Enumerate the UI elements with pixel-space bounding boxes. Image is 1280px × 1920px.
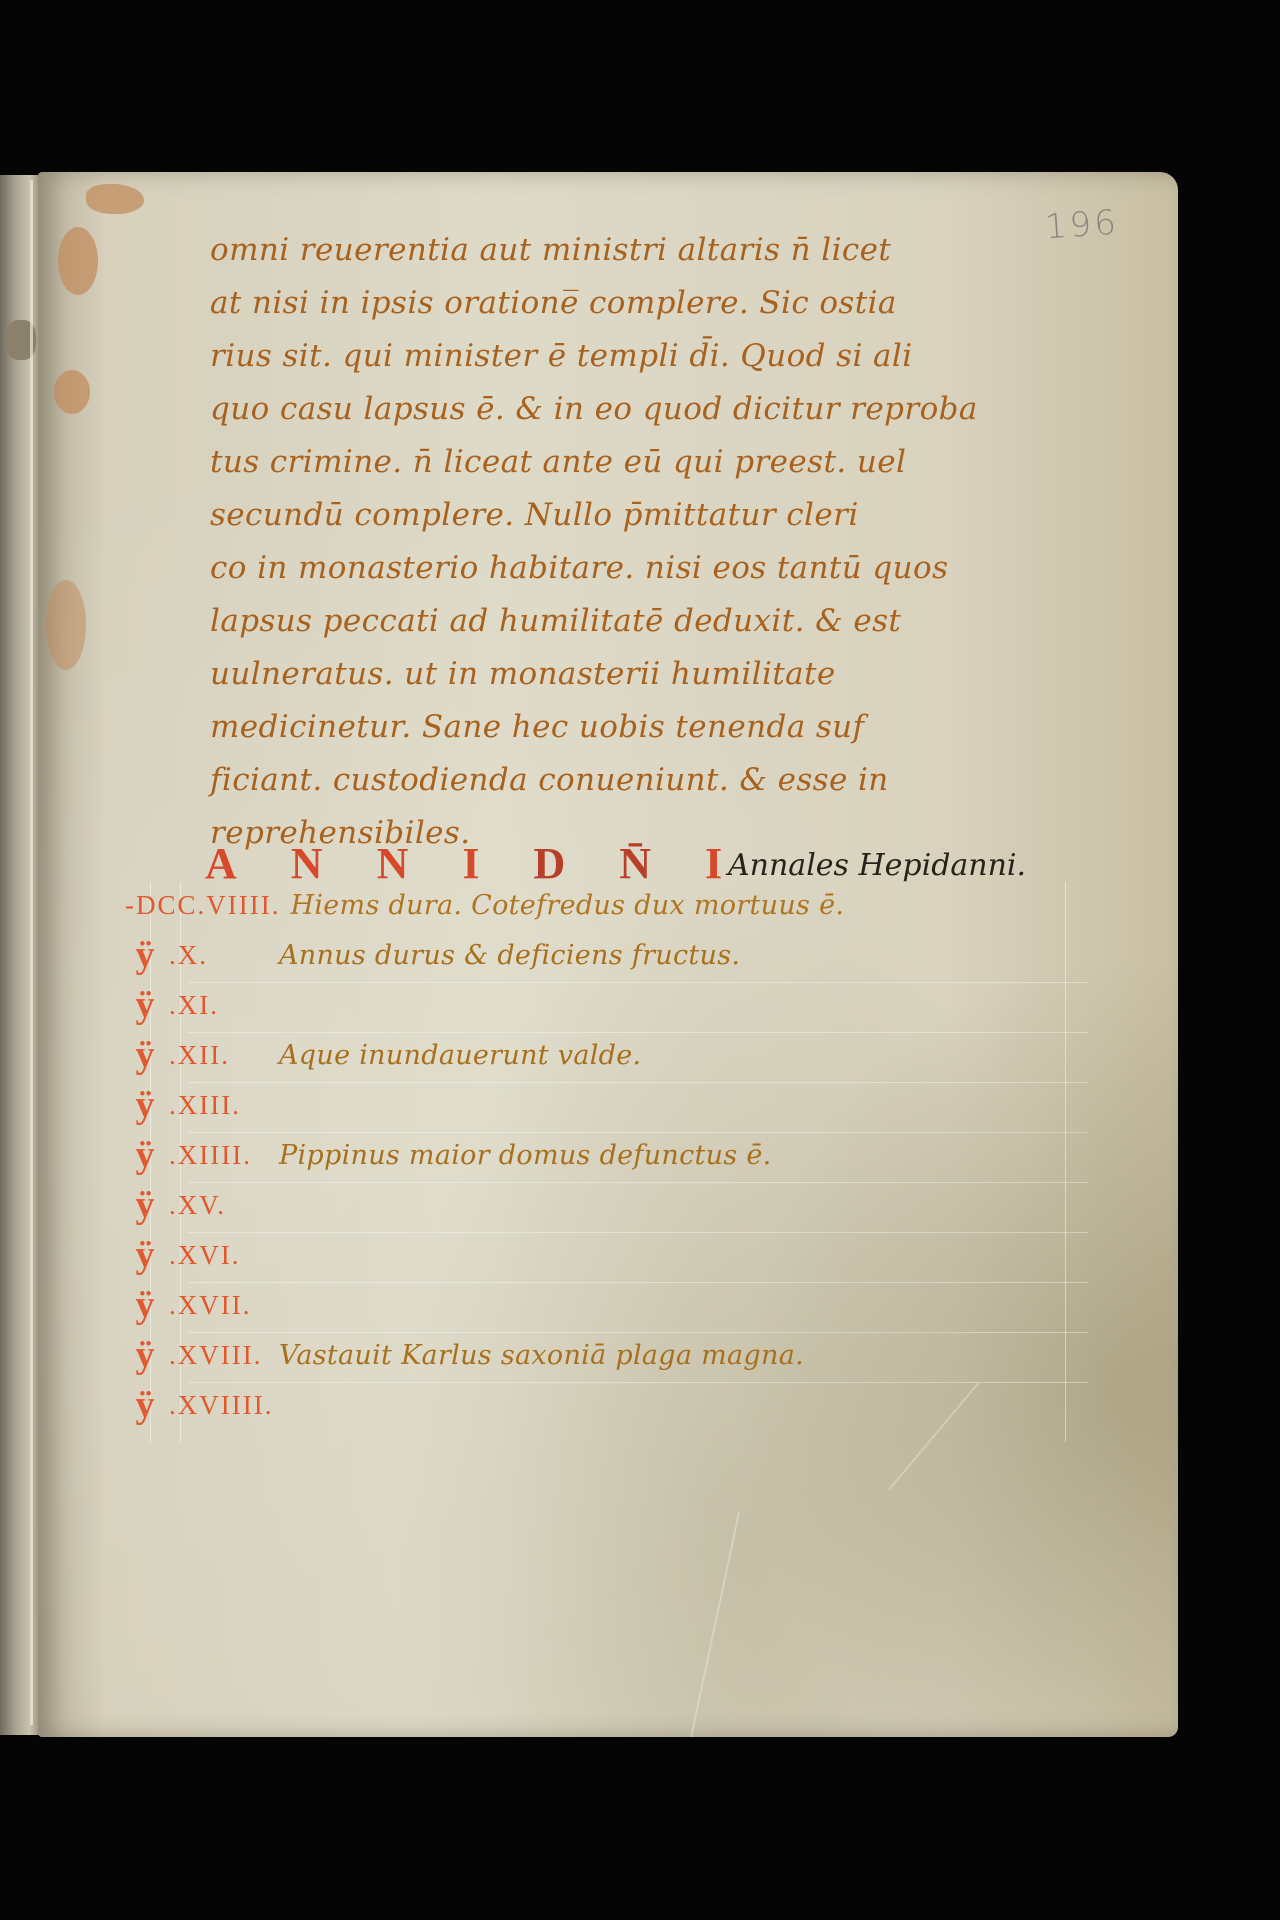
annal-entry: ÿ .X. Annus durus & deficiens fructus. xyxy=(125,930,1065,980)
anno-symbol: ÿ xyxy=(125,1283,165,1327)
anno-symbol: ÿ xyxy=(125,1033,165,1077)
anno-symbol: ÿ xyxy=(125,1383,165,1427)
annal-year: .XIIII. xyxy=(165,1140,269,1171)
stain xyxy=(58,227,98,295)
annal-text: Annus durus & deficiens fructus. xyxy=(269,940,740,971)
annal-text: Hiems dura. Cotefredus dux mortuus ē. xyxy=(280,890,844,921)
stain xyxy=(46,580,86,670)
gutter-edge xyxy=(30,180,33,1725)
annal-year: -DCC.VIIII. xyxy=(125,890,280,921)
anno-symbol: ÿ xyxy=(125,1083,165,1127)
annal-entry: ÿ .XVIIII. xyxy=(125,1380,1065,1430)
anno-symbol: ÿ xyxy=(125,1233,165,1277)
annal-entry: ÿ .XIII. xyxy=(125,1080,1065,1130)
annal-year: .XVIIII. xyxy=(165,1390,273,1421)
stain xyxy=(86,184,144,214)
annal-entry: ÿ .XVIII. Vastauit Karlus saxoniā plaga … xyxy=(125,1330,1065,1380)
text-line: rius sit. qui minister ē templi d̄i. Quo… xyxy=(210,330,1090,383)
annal-entry: ÿ .XIIII. Pippinus maior domus defunctus… xyxy=(125,1130,1065,1180)
main-text-block: omni reuerentia aut ministri altaris n̄ … xyxy=(210,224,1090,860)
annal-text: Aque inundauerunt valde. xyxy=(269,1040,641,1071)
annal-year: .XV. xyxy=(165,1190,269,1221)
annal-text: Pippinus maior domus defunctus ē. xyxy=(269,1140,772,1171)
annal-year: .XVI. xyxy=(165,1240,269,1271)
text-line: omni reuerentia aut ministri altaris n̄ … xyxy=(210,224,1090,277)
anno-symbol: ÿ xyxy=(125,983,165,1027)
annal-entry: ÿ .XII. Aque inundauerunt valde. xyxy=(125,1030,1065,1080)
annal-year: .XVII. xyxy=(165,1290,269,1321)
text-line: co in monasterio habitare. nisi eos tant… xyxy=(210,542,1090,595)
annal-entry: ÿ .XVI. xyxy=(125,1230,1065,1280)
binding-spine xyxy=(0,175,43,1735)
annal-year: .XII. xyxy=(165,1040,269,1071)
annal-year: .XIII. xyxy=(165,1090,269,1121)
annal-year: .X. xyxy=(165,940,269,971)
text-line: tus crimine. n̄ liceat ante eū qui prees… xyxy=(210,436,1090,489)
annal-text: Vastauit Karlus saxoniā plaga magna. xyxy=(269,1340,804,1371)
annals-list: -DCC.VIIII. Hiems dura. Cotefredus dux m… xyxy=(125,880,1065,1430)
annal-year: .XI. xyxy=(165,990,269,1021)
annal-entry: ÿ .XV. xyxy=(125,1180,1065,1230)
anno-symbol: ÿ xyxy=(125,933,165,977)
anno-symbol: ÿ xyxy=(125,1333,165,1377)
anno-symbol: ÿ xyxy=(125,1133,165,1177)
annal-entry: ÿ .XVII. xyxy=(125,1280,1065,1330)
text-line: at nisi in ipsis oratione̅ complere. Sic… xyxy=(210,277,1090,330)
ruling-line-right xyxy=(1065,882,1066,1442)
annal-year: .XVIII. xyxy=(165,1340,269,1371)
text-line: secundū complere. Nullo p̄mittatur cleri xyxy=(210,489,1090,542)
text-line: medicinetur. Sane hec uobis tenenda suf xyxy=(210,701,1090,754)
text-line: ficiant. custodienda conueniunt. & esse … xyxy=(210,754,1090,807)
crease xyxy=(690,1512,740,1737)
stain xyxy=(54,370,90,414)
text-line: quo casu lapsus ē. & in eo quod dicitur … xyxy=(210,383,1090,436)
anno-symbol: ÿ xyxy=(125,1183,165,1227)
annal-entry: ÿ .XI. xyxy=(125,980,1065,1030)
text-line: lapsus peccati ad humilitatē deduxit. & … xyxy=(210,595,1090,648)
later-hand-title: Annales Hepidanni. xyxy=(728,848,1026,883)
annal-entry: -DCC.VIIII. Hiems dura. Cotefredus dux m… xyxy=(125,880,1065,930)
text-line: uulneratus. ut in monasterii humilitate xyxy=(210,648,1090,701)
